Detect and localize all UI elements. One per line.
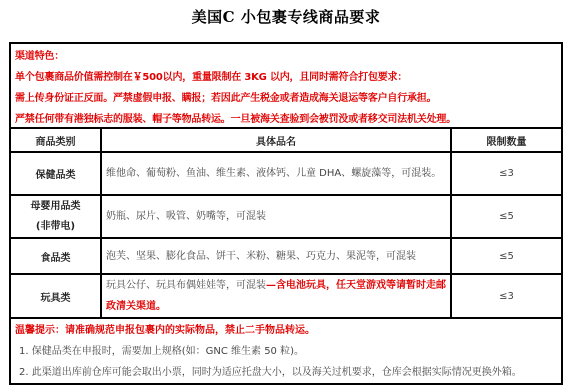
note-item-2: 2. 此渠道出库前仓库可能会取出小票，同时为适应托盘大小，以及海关过机要求，仓库…	[19, 363, 522, 378]
items-cell: 维他命、葡萄粉、鱼油、维生素、液体钙、儿童 DHA、螺旋藻等，可混装。	[101, 152, 451, 195]
category-label: 母婴用品类	[15, 197, 96, 217]
header-category: 商品类别	[11, 128, 101, 152]
channel-features-heading: 渠道特色：	[15, 47, 64, 62]
channel-features: 渠道特色： 单个包裹商品价值需控制在￥500以内，重量限制在 3KG 以内，且同…	[11, 44, 561, 128]
limit-cell: ≤3	[451, 274, 561, 318]
table-header-row: 商品类别 具体品名 限制数量	[11, 128, 561, 152]
category-cell: 母婴用品类 (非带电)	[11, 195, 101, 238]
table-row: 母婴用品类 (非带电) 奶瓶、尿片、吸管、奶嘴等，可混装 ≤5	[11, 195, 561, 238]
feature-line-value-weight: 单个包裹商品价值需控制在￥500以内，重量限制在 3KG 以内，且同时需符合打包…	[15, 68, 407, 83]
items-cell: 泡芙、坚果、膨化食品、饼干、米粉、糖果、巧克力、果泥等，可混装	[101, 238, 451, 274]
items-text: 玩具公仔、玩具布偶娃娃等，可混装	[106, 280, 266, 291]
items-cell: 玩具公仔、玩具布偶娃娃等，可混装—含电池玩具，任天堂游戏等请暂时走邮政清关渠道。	[101, 274, 451, 318]
category-sublabel: (非带电)	[15, 217, 96, 237]
items-cell: 奶瓶、尿片、吸管、奶嘴等，可混装	[101, 195, 451, 238]
table-row: 保健品类 维他命、葡萄粉、鱼油、维生素、液体钙、儿童 DHA、螺旋藻等，可混装。…	[11, 152, 561, 195]
product-table: 商品类别 具体品名 限制数量 保健品类 维他命、葡萄粉、鱼油、维生素、液体钙、儿…	[11, 127, 561, 319]
limit-cell: ≤3	[451, 152, 561, 195]
header-items: 具体品名	[101, 128, 451, 152]
limit-cell: ≤5	[451, 195, 561, 238]
warm-tip: 温馨提示：请准确规范申报包裹内的实际物品，禁止二手物品转运。	[15, 321, 315, 336]
feature-line-id-declaration: 需上传身份证正反面。严禁虚假申报、瞒报；若因此产生税金或者造成海关退运等客户自行…	[15, 89, 436, 104]
category-cell: 食品类	[11, 238, 101, 274]
limit-cell: ≤5	[451, 238, 561, 274]
category-cell: 保健品类	[11, 152, 101, 195]
note-item-1: 1. 保健品类在申报时，需要加上规格(如：GNC 维生素 50 粒)。	[19, 342, 304, 357]
requirements-box: 渠道特色： 单个包裹商品价值需控制在￥500以内，重量限制在 3KG 以内，且同…	[9, 42, 563, 385]
table-row: 食品类 泡芙、坚果、膨化食品、饼干、米粉、糖果、巧克力、果泥等，可混装 ≤5	[11, 238, 561, 274]
table-row: 玩具类 玩具公仔、玩具布偶娃娃等，可混装—含电池玩具，任天堂游戏等请暂时走邮政清…	[11, 274, 561, 318]
notes-section: 温馨提示：请准确规范申报包裹内的实际物品，禁止二手物品转运。 1. 保健品类在申…	[11, 318, 561, 383]
category-cell: 玩具类	[11, 274, 101, 318]
page-title: 美国C 小包裹专线商品要求	[0, 6, 572, 27]
feature-line-prohibited: 严禁任何带有港独标志的服装、帽子等物品转运。一旦被海关查验到会被罚没或者移交司法…	[15, 110, 456, 125]
header-limit: 限制数量	[451, 128, 561, 152]
